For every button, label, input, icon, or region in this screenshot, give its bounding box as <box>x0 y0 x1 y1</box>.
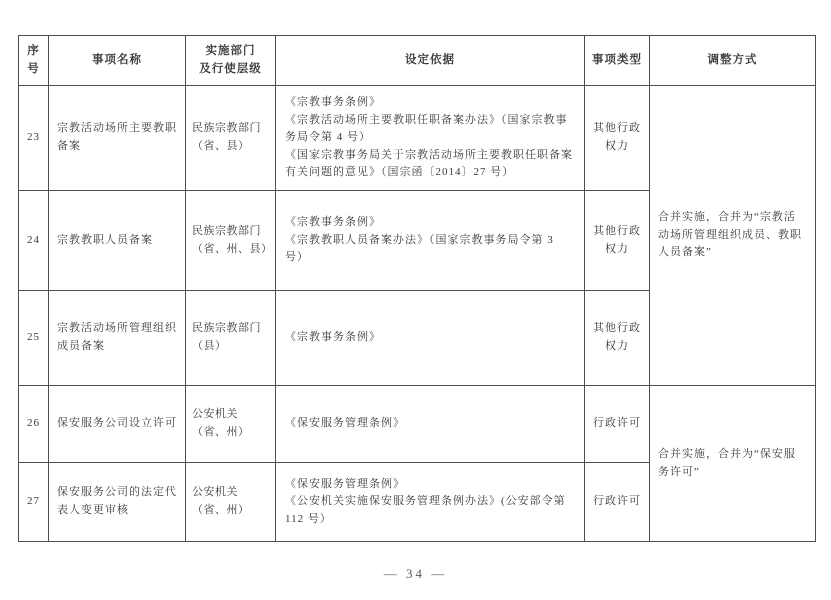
type-cell: 行政许可 <box>585 386 650 463</box>
type-cell: 行政许可 <box>585 463 650 542</box>
department-cell: 民族宗教部门（省、县） <box>186 86 276 191</box>
document-page: 序 号 事项名称 实施部门 及行使层级 设定依据 事项类型 调整方式 23 宗教… <box>0 0 831 600</box>
department-cell: 公安机关（省、州） <box>186 386 276 463</box>
item-name-cell: 宗教教职人员备案 <box>49 191 186 291</box>
adjustment-cell: 合并实施，合并为“宗教活动场所管理组织成员、教职人员备案” <box>650 86 816 386</box>
header-department: 实施部门 及行使层级 <box>186 36 276 86</box>
type-cell: 其他行政权力 <box>585 191 650 291</box>
row-number-cell: 26 <box>19 386 49 463</box>
header-item-name: 事项名称 <box>49 36 186 86</box>
department-cell: 公安机关（省、州） <box>186 463 276 542</box>
department-cell: 民族宗教部门（县） <box>186 291 276 386</box>
item-name-cell: 宗教活动场所管理组织成员备案 <box>49 291 186 386</box>
header-basis: 设定依据 <box>276 36 585 86</box>
header-item-type: 事项类型 <box>585 36 650 86</box>
table-row: 26 保安服务公司设立许可 公安机关（省、州） 《保安服务管理条例》 行政许可 … <box>19 386 816 463</box>
type-cell: 其他行政权力 <box>585 86 650 191</box>
basis-cell: 《宗教事务条例》 <box>276 291 585 386</box>
header-adjustment: 调整方式 <box>650 36 816 86</box>
page-number: — 34 — <box>0 566 831 582</box>
row-number-cell: 24 <box>19 191 49 291</box>
basis-cell: 《保安服务管理条例》 <box>276 386 585 463</box>
basis-cell: 《保安服务管理条例》 《公安机关实施保安服务管理条例办法》(公安部令第 112 … <box>276 463 585 542</box>
row-number-cell: 23 <box>19 86 49 191</box>
adjustment-cell: 合并实施，合并为“保安服务许可” <box>650 386 816 542</box>
department-cell: 民族宗教部门（省、州、县） <box>186 191 276 291</box>
basis-cell: 《宗教事务条例》 《宗教教职人员备案办法》（国家宗教事务局令第 3 号） <box>276 191 585 291</box>
type-cell: 其他行政权力 <box>585 291 650 386</box>
item-name-cell: 保安服务公司的法定代表人变更审核 <box>49 463 186 542</box>
item-name-cell: 宗教活动场所主要教职备案 <box>49 86 186 191</box>
header-row-number: 序 号 <box>19 36 49 86</box>
document-table: 序 号 事项名称 实施部门 及行使层级 设定依据 事项类型 调整方式 23 宗教… <box>18 35 816 542</box>
table-row: 23 宗教活动场所主要教职备案 民族宗教部门（省、县） 《宗教事务条例》 《宗教… <box>19 86 816 191</box>
row-number-cell: 25 <box>19 291 49 386</box>
row-number-cell: 27 <box>19 463 49 542</box>
table-header-row: 序 号 事项名称 实施部门 及行使层级 设定依据 事项类型 调整方式 <box>19 36 816 86</box>
item-name-cell: 保安服务公司设立许可 <box>49 386 186 463</box>
basis-cell: 《宗教事务条例》 《宗教活动场所主要教职任职备案办法》（国家宗教事务局令第 4 … <box>276 86 585 191</box>
